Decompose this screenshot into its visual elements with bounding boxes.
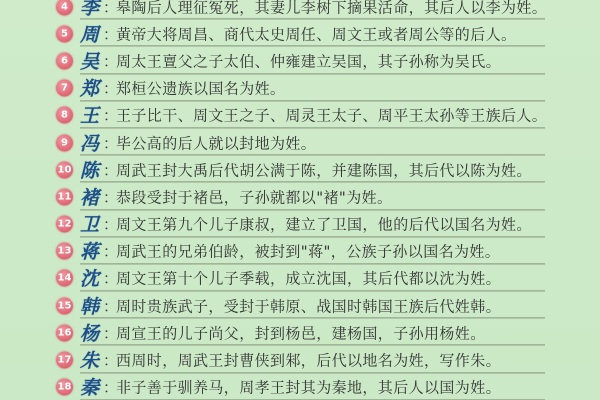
surname-description: 周宣王的儿子尚父，封到杨邑，建杨国，子孙用杨姓。	[116, 322, 486, 343]
surname-character: 王	[80, 101, 99, 128]
surname-description: 郑桓公遗族以国名为姓。	[116, 78, 285, 99]
number-badge: 18	[56, 379, 73, 396]
number-badge: 14	[56, 270, 73, 287]
surname-list: 4 李 ： 皋陶后人理征冤死，其妻儿李树下摘果活命，其后人以李为姓。 5 周 ：…	[0, 0, 600, 400]
surname-character: 褚	[80, 183, 99, 210]
surname-description: 周文王第九个儿子康叔，建立了卫国，他的后代以国名为姓。	[116, 214, 532, 235]
number-badge: 13	[56, 243, 73, 260]
number-badge: 8	[56, 107, 73, 124]
surname-character: 周	[80, 20, 99, 47]
surname-description: 恭段受封于褚邑，子孙就都以"褚"为姓。	[116, 186, 392, 207]
list-item: 13 蒋 ： 周武王的兄弟伯龄，被封到"蒋"，公族子孙以国名为姓。	[0, 238, 600, 265]
list-item: 10 陈 ： 周武王封大禹后代胡公满于陈，并建陈国，其后代以陈为姓。	[0, 156, 600, 183]
list-item: 6 吴 ： 周太王亶父之子太伯、仲雍建立吴国，其子孙称为吴氏。	[0, 47, 600, 74]
surname-character: 韩	[80, 292, 99, 319]
surname-description: 非子善于驯养马，周孝王封其为秦地，其后人以国为姓。	[116, 377, 501, 398]
surname-description: 皋陶后人理征冤死，其妻儿李树下摘果活命，其后人以李为姓。	[116, 0, 547, 17]
number-badge: 12	[56, 216, 73, 233]
surname-character: 秦	[80, 373, 99, 400]
number-badge: 5	[56, 25, 73, 42]
list-item: 7 郑 ： 郑桓公遗族以国名为姓。	[0, 75, 600, 102]
surname-character: 吴	[80, 47, 99, 74]
surname-origin-document: 4 李 ： 皋陶后人理征冤死，其妻儿李树下摘果活命，其后人以李为姓。 5 周 ：…	[0, 0, 600, 400]
number-badge: 9	[56, 134, 73, 151]
surname-description: 黄帝大将周昌、商代太史周任、周文王或者周公等的后人。	[116, 23, 516, 44]
surname-character: 卫	[80, 210, 99, 237]
number-badge: 4	[56, 0, 73, 15]
list-item: 5 周 ： 黄帝大将周昌、商代太史周任、周文王或者周公等的后人。	[0, 20, 600, 47]
surname-description: 周时贵族武子，受封于韩原、战国时韩国王族后代姓韩。	[116, 295, 501, 316]
number-badge: 7	[56, 80, 73, 97]
list-item: 16 杨 ： 周宣王的儿子尚父，封到杨邑，建杨国，子孙用杨姓。	[0, 319, 600, 346]
surname-character: 陈	[80, 156, 99, 183]
list-item: 11 褚 ： 恭段受封于褚邑，子孙就都以"褚"为姓。	[0, 183, 600, 210]
list-item: 14 沈 ： 周文王第十个儿子季载，成立沈国，其后代都以沈为姓。	[0, 265, 600, 292]
list-item: 17 朱 ： 西周时，周武王封曹侠到邾，后代以地名为姓，写作朱。	[0, 346, 600, 373]
surname-character: 李	[80, 0, 99, 20]
list-item: 12 卫 ： 周文王第九个儿子康叔，建立了卫国，他的后代以国名为姓。	[0, 211, 600, 238]
number-badge: 6	[56, 52, 73, 69]
surname-description: 毕公高的后人就以封地为姓。	[116, 132, 316, 153]
list-item: 9 冯 ： 毕公高的后人就以封地为姓。	[0, 129, 600, 156]
surname-character: 冯	[80, 128, 99, 155]
surname-description: 周武王封大禹后代胡公满于陈，并建陈国，其后代以陈为姓。	[116, 159, 532, 180]
surname-description: 周文王第十个儿子季载，成立沈国，其后代都以沈为姓。	[116, 268, 501, 289]
number-badge: 10	[56, 161, 73, 178]
surname-description: 周太王亶父之子太伯、仲雍建立吴国，其子孙称为吴氏。	[116, 50, 501, 71]
list-item: 15 韩 ： 周时贵族武子，受封于韩原、战国时韩国王族后代姓韩。	[0, 292, 600, 319]
surname-character: 郑	[80, 74, 99, 101]
number-badge: 11	[56, 188, 73, 205]
surname-character: 朱	[80, 346, 99, 373]
list-item: 8 王 ： 王子比干、周文王之子、周灵王太子、周平王太孙等王族后人。	[0, 102, 600, 129]
surname-description: 周武王的兄弟伯龄，被封到"蒋"，公族子孙以国名为姓。	[116, 241, 500, 262]
surname-character: 蒋	[80, 237, 99, 264]
number-badge: 17	[56, 352, 73, 369]
list-item: 4 李 ： 皋陶后人理征冤死，其妻儿李树下摘果活命，其后人以李为姓。	[0, 0, 600, 20]
number-badge: 16	[56, 324, 73, 341]
list-item: 18 秦 ： 非子善于驯养马，周孝王封其为秦地，其后人以国为姓。	[0, 374, 600, 400]
surname-description: 王子比干、周文王之子、周灵王太子、周平王太孙等王族后人。	[116, 105, 547, 126]
number-badge: 15	[56, 297, 73, 314]
surname-character: 沈	[80, 264, 99, 291]
surname-character: 杨	[80, 319, 99, 346]
surname-description: 西周时，周武王封曹侠到邾，后代以地名为姓，写作朱。	[116, 350, 501, 371]
